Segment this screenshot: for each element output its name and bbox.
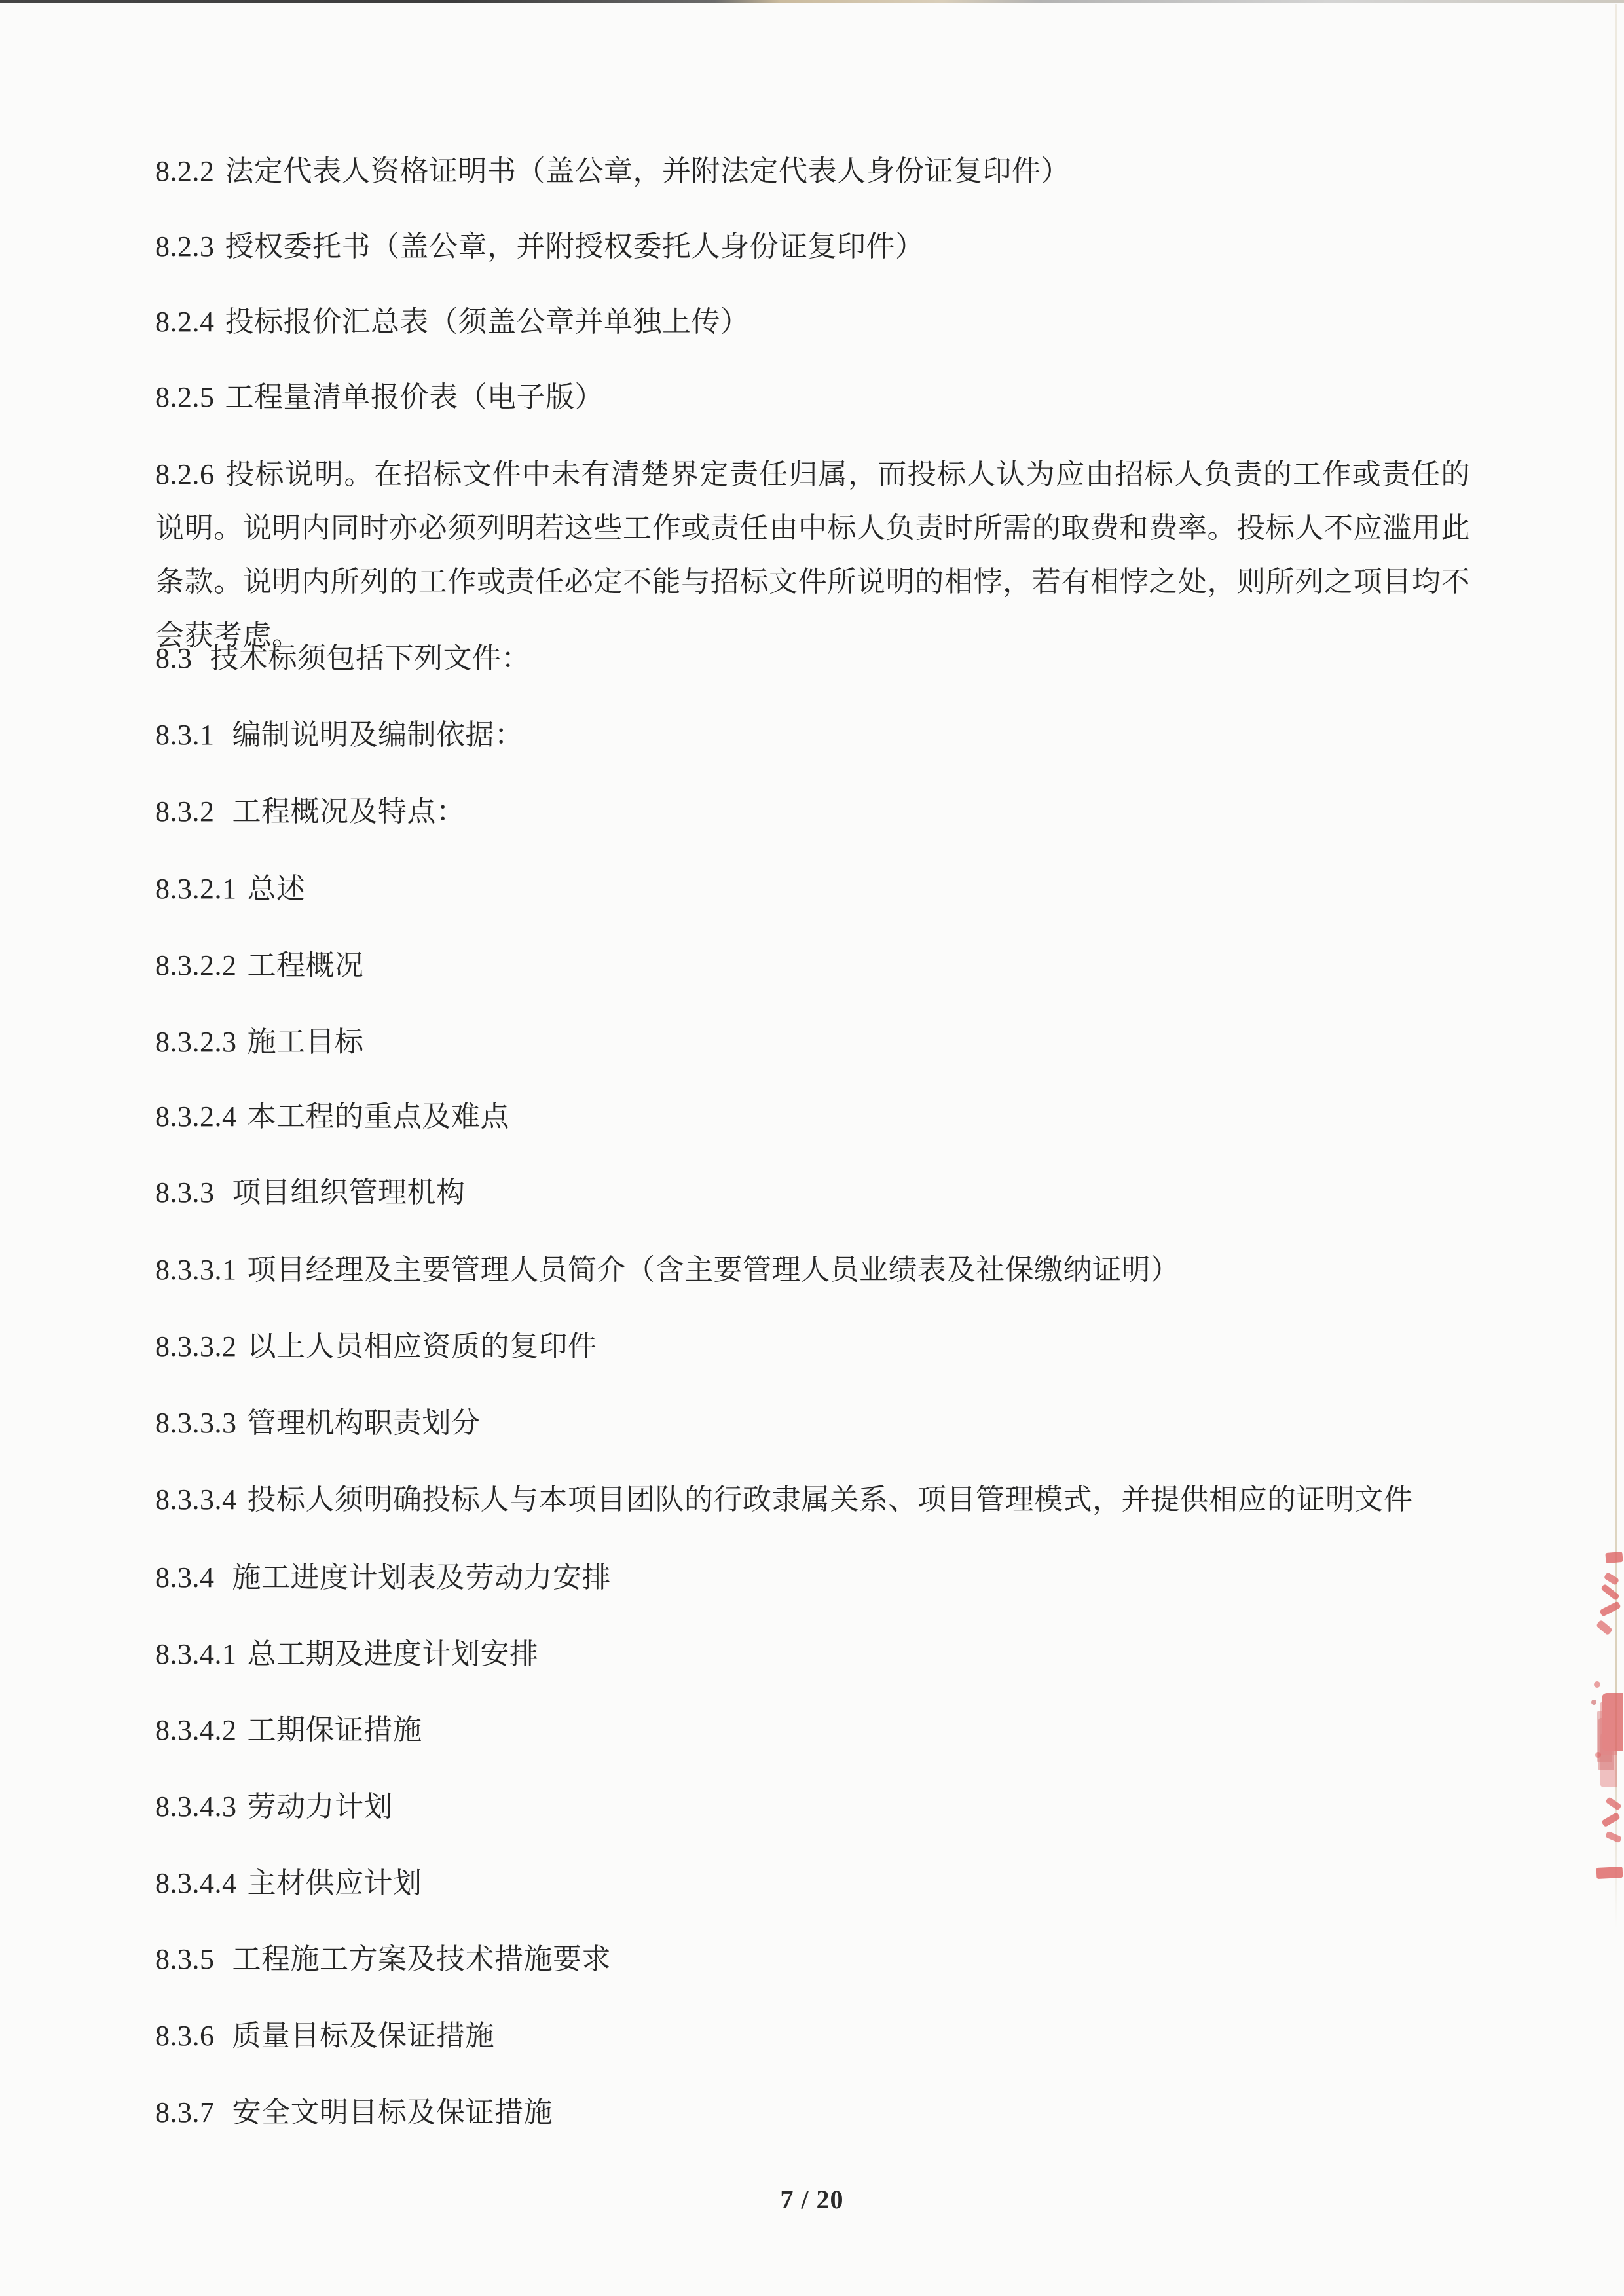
item-text: 主材供应计划	[248, 1867, 422, 1899]
scan-edge-artifact-top	[0, 0, 1624, 3]
item-text: 投标说明。在招标文件中未有清楚界定责任归属，而投标人认为应由招标人负责的工作或责…	[155, 458, 1470, 651]
doc-item-8-3-3-2: 8.3.3.2以上人员相应资质的复印件	[155, 1330, 597, 1363]
item-text: 管理机构职责划分	[248, 1407, 481, 1439]
item-text: 项目组织管理机构	[232, 1176, 466, 1209]
doc-item-8-3-2-4: 8.3.2.4本工程的重点及难点	[155, 1101, 509, 1133]
item-number: 8.3.3.3	[155, 1407, 237, 1439]
item-number: 8.3.3.2	[155, 1330, 237, 1362]
item-number: 8.3.5	[155, 1943, 215, 1975]
item-number: 8.3.3	[155, 1176, 215, 1209]
item-text: 工程概况	[248, 949, 364, 981]
item-number: 8.3.2.4	[155, 1101, 237, 1133]
item-text: 工程量清单报价表（电子版）	[225, 381, 604, 413]
doc-item-8-3-1: 8.3.1编制说明及编制依据：	[155, 719, 524, 752]
item-number: 8.3.4.4	[155, 1867, 237, 1899]
item-text: 工期保证措施	[248, 1714, 422, 1746]
item-number: 8.3.3.4	[155, 1484, 237, 1516]
doc-item-8-3-2: 8.3.2工程概况及特点：	[155, 795, 466, 828]
item-text: 劳动力计划	[248, 1791, 394, 1823]
item-text: 工程概况及特点：	[232, 795, 466, 828]
item-number: 8.3.4.3	[155, 1791, 237, 1823]
doc-item-8-2-6-paragraph: 8.2.6投标说明。在招标文件中未有清楚界定责任归属，而投标人认为应由招标人负责…	[155, 448, 1470, 663]
seal-fragment-bar	[1605, 1552, 1623, 1563]
page-number: 7 / 20	[0, 2184, 1624, 2215]
doc-item-8-3-3-3: 8.3.3.3管理机构职责划分	[155, 1407, 481, 1440]
item-number: 8.3.3.1	[155, 1254, 237, 1286]
item-number: 8.3.4.2	[155, 1714, 237, 1746]
item-text: 安全文明目标及保证措施	[232, 2096, 553, 2128]
item-number: 8.3.7	[155, 2096, 215, 2128]
doc-item-8-3-4: 8.3.4施工进度计划表及劳动力安排	[155, 1561, 611, 1594]
item-number: 8.2.3	[155, 230, 215, 263]
item-text: 以上人员相应资质的复印件	[248, 1330, 597, 1362]
item-text: 质量目标及保证措施	[232, 2020, 495, 2052]
doc-item-8-3-2-3: 8.3.2.3施工目标	[155, 1026, 364, 1059]
seal-fragment-stroke	[1599, 1601, 1621, 1616]
doc-item-8-3-6: 8.3.6质量目标及保证措施	[155, 2020, 494, 2052]
item-text: 总述	[248, 873, 306, 905]
doc-item-8-3-7: 8.3.7安全文明目标及保证措施	[155, 2096, 553, 2129]
item-number: 8.3.6	[155, 2020, 215, 2052]
seal-fragment-stroke	[1601, 1812, 1621, 1828]
item-text: 工程施工方案及技术措施要求	[232, 1943, 612, 1975]
item-text: 施工进度计划表及劳动力安排	[232, 1561, 612, 1594]
item-number: 8.3.1	[155, 719, 215, 751]
seal-fragment-bar	[1596, 1867, 1623, 1879]
item-text: 施工目标	[248, 1026, 364, 1058]
item-number: 8.3.2	[155, 795, 215, 828]
doc-item-8-3-3-1: 8.3.3.1项目经理及主要管理人员简介（含主要管理人员业绩表及社保缴纳证明）	[155, 1254, 1180, 1286]
seal-fragment-speckle	[1594, 1681, 1600, 1688]
item-number: 8.2.4	[155, 306, 215, 338]
doc-item-8-2-4: 8.2.4投标报价汇总表（须盖公章并单独上传）	[155, 306, 750, 338]
item-number: 8.3.2.1	[155, 873, 237, 905]
doc-item-8-3-3-4: 8.3.3.4投标人须明确投标人与本项目团队的行政隶属关系、项目管理模式，并提供…	[155, 1484, 1413, 1516]
item-text: 投标人须明确投标人与本项目团队的行政隶属关系、项目管理模式，并提供相应的证明文件	[248, 1484, 1413, 1516]
item-number: 8.3	[155, 642, 193, 674]
doc-item-8-2-2: 8.2.2法定代表人资格证明书（盖公章，并附法定代表人身份证复印件）	[155, 155, 1070, 188]
seal-fragment-stroke	[1605, 1831, 1622, 1844]
doc-item-8-3-4-1: 8.3.4.1总工期及进度计划安排	[155, 1638, 539, 1671]
item-text: 投标报价汇总表（须盖公章并单独上传）	[225, 306, 750, 338]
doc-item-8-2-5: 8.2.5工程量清单报价表（电子版）	[155, 381, 604, 414]
doc-item-8-3-5: 8.3.5工程施工方案及技术措施要求	[155, 1943, 611, 1976]
item-text: 技术标须包括下列文件：	[210, 642, 531, 674]
doc-item-8-3-4-3: 8.3.4.3劳动力计划	[155, 1791, 393, 1823]
scanned-document-page: 8.2.2法定代表人资格证明书（盖公章，并附法定代表人身份证复印件） 8.2.3…	[0, 0, 1624, 2296]
seal-fragment-blob	[1602, 1693, 1623, 1751]
doc-item-8-3-4-2: 8.3.4.2工期保证措施	[155, 1714, 422, 1747]
item-number: 8.3.2.2	[155, 949, 237, 981]
item-number: 8.2.5	[155, 381, 215, 413]
item-number: 8.2.2	[155, 155, 215, 187]
seal-fragment-speckle	[1595, 1752, 1601, 1758]
seal-fragment-stroke	[1596, 1620, 1613, 1636]
doc-item-8-3-2-1: 8.3.2.1总述	[155, 873, 306, 905]
item-number: 8.2.6	[155, 458, 215, 490]
scan-edge-artifact-right	[1615, 4, 1617, 1929]
item-text: 法定代表人资格证明书（盖公章，并附法定代表人身份证复印件）	[225, 155, 1071, 187]
item-number: 8.3.4.1	[155, 1638, 237, 1670]
item-number: 8.3.2.3	[155, 1026, 237, 1058]
seal-fragment-speckle	[1591, 1700, 1596, 1705]
doc-item-8-3-2-2: 8.3.2.2工程概况	[155, 949, 364, 982]
seal-fragment-stroke	[1605, 1796, 1621, 1811]
doc-item-8-3-4-4: 8.3.4.4主材供应计划	[155, 1867, 422, 1900]
item-text: 编制说明及编制依据：	[232, 719, 524, 751]
item-text: 本工程的重点及难点	[248, 1101, 510, 1133]
doc-item-8-3: 8.3技术标须包括下列文件：	[155, 642, 530, 675]
item-text: 项目经理及主要管理人员简介（含主要管理人员业绩表及社保缴纳证明）	[248, 1254, 1180, 1286]
item-text: 授权委托书（盖公章，并附授权委托人身份证复印件）	[225, 230, 925, 263]
doc-item-8-2-3: 8.2.3授权委托书（盖公章，并附授权委托人身份证复印件）	[155, 230, 925, 263]
item-text: 总工期及进度计划安排	[248, 1638, 539, 1670]
item-number: 8.3.4	[155, 1561, 215, 1594]
doc-item-8-3-3: 8.3.3项目组织管理机构	[155, 1176, 466, 1209]
